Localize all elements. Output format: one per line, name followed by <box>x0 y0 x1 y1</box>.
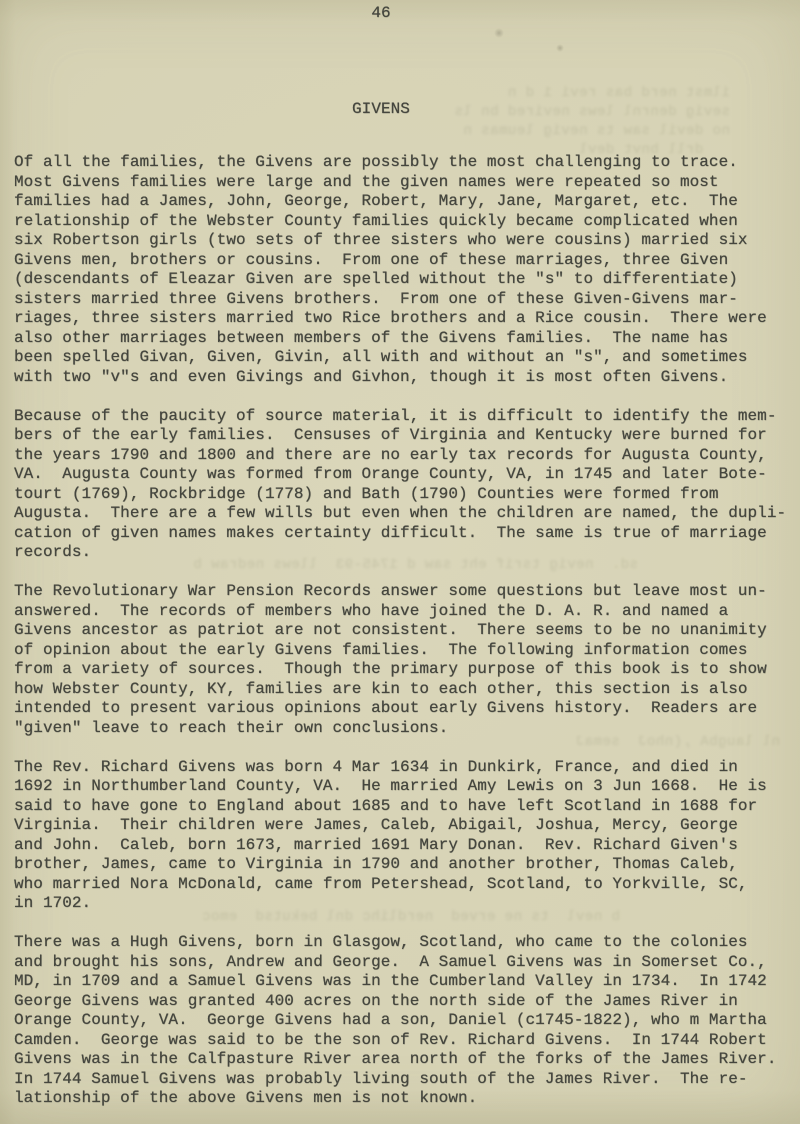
body-paragraph: Of all the families, the Givens are poss… <box>14 153 794 387</box>
body-paragraph: There was a Hugh Givens, born in Glasgow… <box>14 933 794 1109</box>
scan-smudge <box>494 28 504 38</box>
document-body: Of all the families, the Givens are poss… <box>14 153 794 1109</box>
bleedthrough-artifact: ilmst nerd bas revi 1 d n sevig denrnl l… <box>500 84 730 160</box>
scan-smudge <box>556 44 564 52</box>
page-number: 46 <box>0 4 762 24</box>
body-paragraph: The Revolutionary War Pension Records an… <box>14 582 794 738</box>
page-title: GIVENS <box>0 100 762 120</box>
body-paragraph: Because of the paucity of source materia… <box>14 407 794 563</box>
scanned-document-page: 46 GIVENS Of all the families, the Given… <box>0 0 800 1124</box>
body-paragraph: The Rev. Richard Givens was born 4 Mar 1… <box>14 758 794 914</box>
